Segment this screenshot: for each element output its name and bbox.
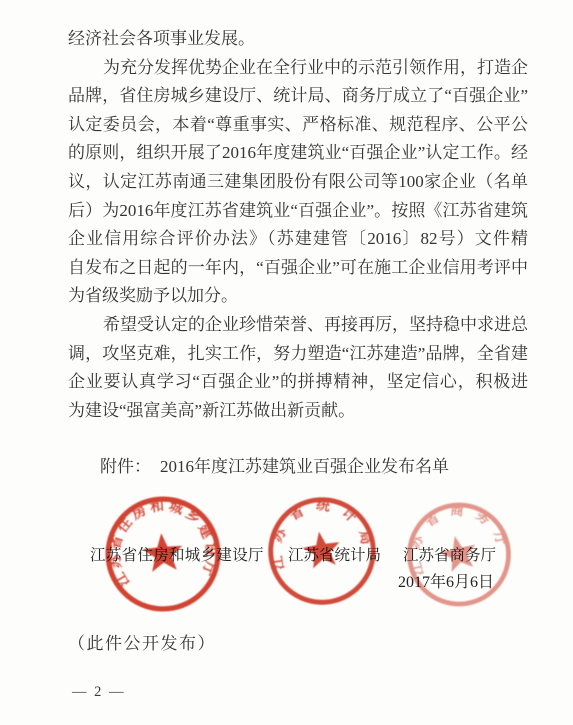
seal-star-icon — [301, 529, 343, 570]
official-seal-statistics-icon: 江苏省统计局 — [256, 482, 388, 620]
seal-star-icon — [437, 532, 480, 573]
body-line: 为充分发挥优势企业在全行业中的示范引领作用，打造企业 — [68, 54, 528, 83]
attachment-label: 附件： — [100, 457, 151, 476]
body-line: 后）为2016年度江苏省建筑业“百强企业”。按照《江苏省建筑业 — [68, 197, 528, 226]
body-line: 企业要认真学习“百强企业”的拼搏精神，坚定信心，积极进取， — [68, 368, 528, 397]
document-page: 经济社会各项事业发展。 为充分发挥优势企业在全行业中的示范引领作用，打造企业 品… — [0, 0, 573, 725]
body-line: 调，攻坚克难，扎实工作，努力塑造“江苏建造”品牌，全省建筑 — [68, 340, 528, 369]
body-line: 的原则，组织开展了2016年度建筑业“百强企业”认定工作。经评 — [68, 139, 528, 168]
body-line: 希望受认定的企业珍惜荣誉、再接再厉，坚持稳中求进总基 — [68, 311, 528, 340]
body-line: 企业信用综合评价办法》（苏建建管〔2016〕82号）文件精神， — [68, 225, 528, 254]
public-release-note: （此件公开发布） — [68, 629, 216, 654]
body-text: 经济社会各项事业发展。 为充分发挥优势企业在全行业中的示范引领作用，打造企业 品… — [68, 25, 528, 425]
body-line: 自发布之日起的一年内，“百强企业”可在施工企业信用考评中作 — [68, 254, 528, 283]
seal-star-icon — [141, 531, 184, 572]
body-line: 为省级奖励予以加分。 — [68, 282, 528, 311]
official-seal-housing-icon: 江苏省住房和城乡建设厅 — [92, 487, 234, 620]
page-number: — 2 — — [72, 684, 126, 701]
body-line: 品牌，省住房城乡建设厅、统计局、商务厅成立了“百强企业” — [68, 82, 528, 111]
official-seal-commerce-icon: 江苏省商务厅 — [392, 486, 525, 623]
body-line: 为建设“强富美高”新江苏做出新贡献。 — [68, 397, 528, 426]
body-line: 认定委员会，本着“尊重事实、严格标准、规范程序、公平公正” — [68, 111, 528, 140]
attachment-title: 2016年度江苏建筑业百强企业发布名单 — [160, 457, 449, 476]
body-line: 议，认定江苏南通三建集团股份有限公司等100家企业（名单附 — [68, 168, 528, 197]
body-line: 经济社会各项事业发展。 — [68, 25, 528, 54]
attachment-line: 附件：2016年度江苏建筑业百强企业发布名单 — [100, 453, 449, 481]
